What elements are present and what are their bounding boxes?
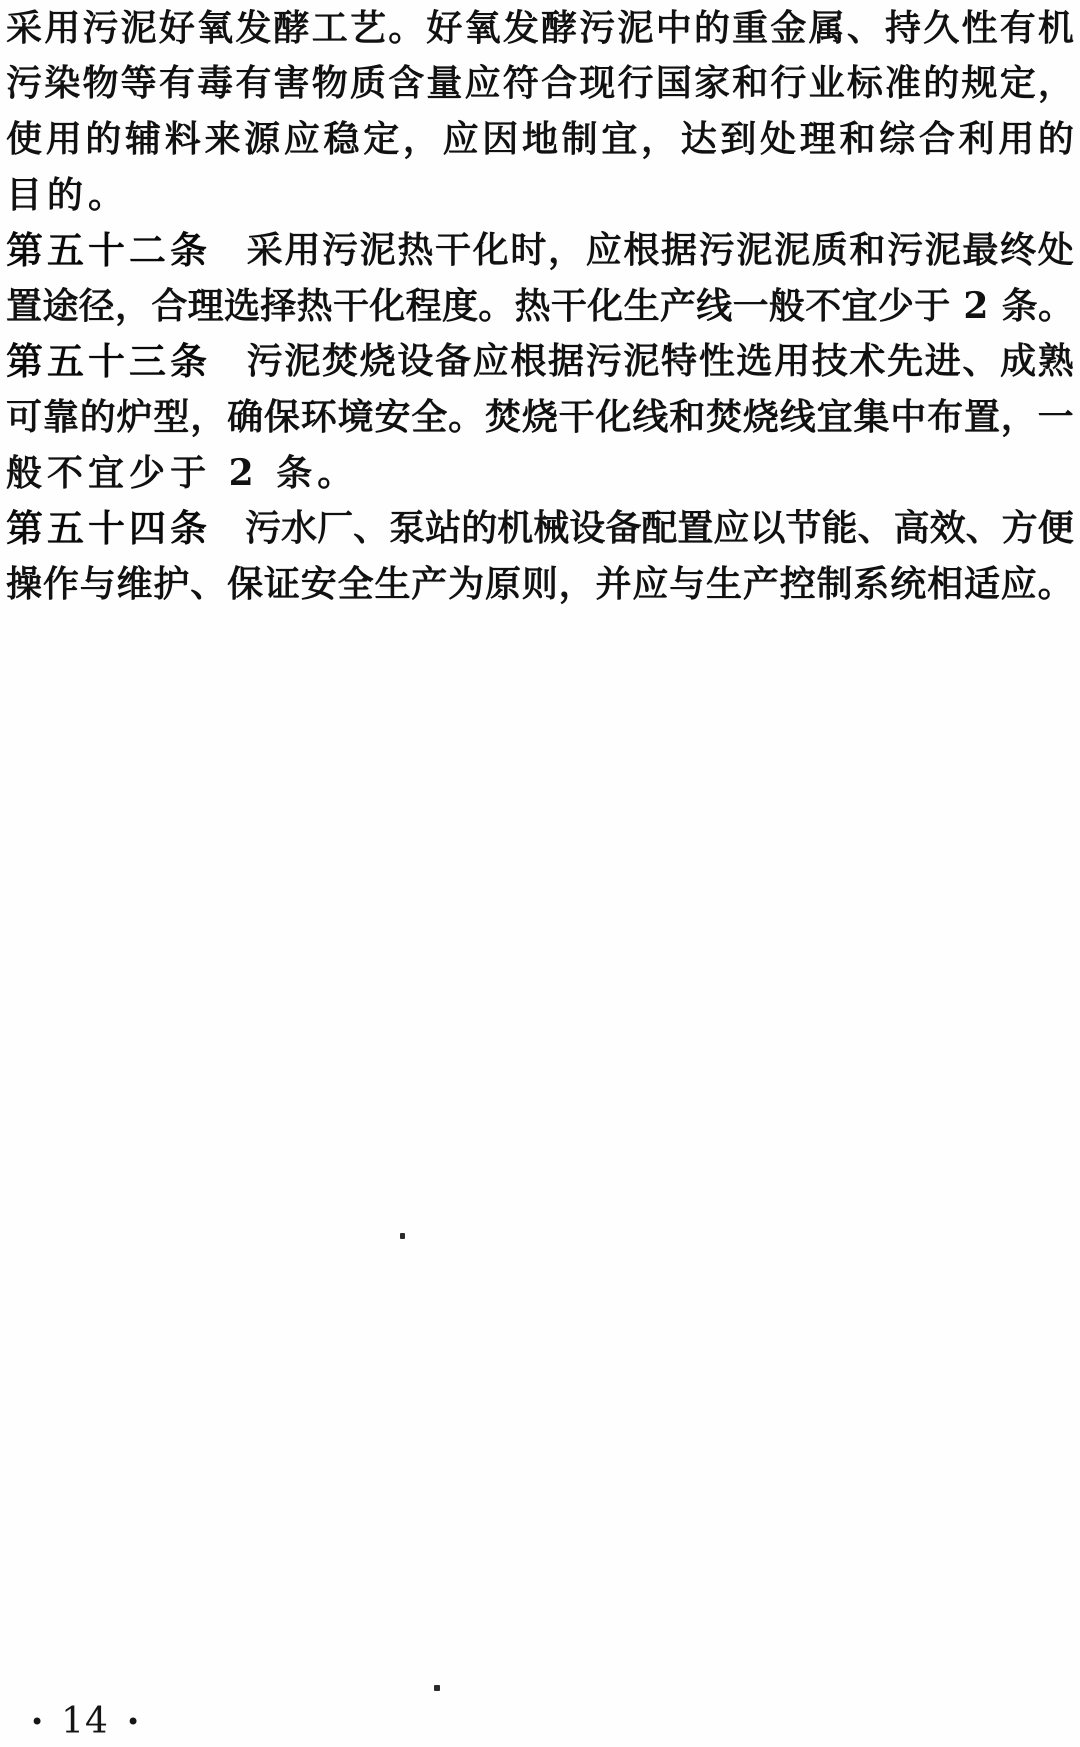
article-number: 第五十三条 <box>6 343 211 380</box>
text-char: 条 <box>1002 288 1038 324</box>
text-char: 综 <box>879 121 915 157</box>
text-char: 适 <box>964 566 1000 602</box>
text-char: 。 <box>448 399 484 435</box>
text-char: 、 <box>190 566 226 602</box>
text-char: 的 <box>1038 121 1074 157</box>
text-char: 重 <box>732 10 768 46</box>
text-char: 站 <box>425 510 461 546</box>
page-footer: • 14 • <box>30 1700 140 1744</box>
text-line: 污染物等有毒有害物质含量应符合现行国家和行业标准的规定， <box>6 56 1074 112</box>
text-char: 性 <box>699 343 735 379</box>
text-char: 和 <box>839 121 875 157</box>
text-char: 控 <box>780 566 816 602</box>
text-char: 设 <box>569 510 605 546</box>
text-char: 定 <box>1000 65 1036 101</box>
body-text: 采用污泥好氧发酵工艺。好氧发酵污泥中的重金属、持久性有机污染物等有毒有害物质含量… <box>0 0 1080 612</box>
text-line: 第五十二条采用污泥热干化时，应根据污泥泥质和污泥最终处 <box>6 222 1074 278</box>
text-char: 境 <box>338 399 374 435</box>
text-char: 的 <box>47 177 83 213</box>
text-char: 环 <box>301 399 337 435</box>
footer-bullet-right: • <box>126 1710 140 1734</box>
text-char: 工 <box>312 10 348 46</box>
text-char: 含 <box>388 65 424 101</box>
text-char: 有 <box>235 65 271 101</box>
text-char: 的 <box>923 65 959 101</box>
text-char: 不 <box>805 288 841 324</box>
text-char: 宜 <box>842 288 878 324</box>
text-char: 烧 <box>522 399 558 435</box>
text-char: 宜 <box>817 399 853 435</box>
text-char: 线 <box>696 288 732 324</box>
text-char: 系 <box>853 566 889 602</box>
text-char: 与 <box>669 566 705 602</box>
text-char: 产 <box>743 566 779 602</box>
text-char: 行 <box>770 65 806 101</box>
text-char: 辅 <box>125 121 161 157</box>
text-char: 维 <box>117 566 153 602</box>
text-char: 成 <box>1000 343 1036 379</box>
text-char: 合 <box>541 65 577 101</box>
text-char: 泵 <box>389 510 425 546</box>
text-char: 并 <box>596 566 632 602</box>
text-char: 应 <box>465 65 501 101</box>
text-char: 、 <box>858 510 894 546</box>
text-char: 应 <box>284 121 320 157</box>
text-char: 金 <box>770 10 806 46</box>
text-char: 因 <box>482 121 518 157</box>
text-char: 热 <box>515 288 551 324</box>
text-char: 线 <box>632 399 668 435</box>
text-char: 久 <box>923 10 959 46</box>
text-char: 生 <box>624 288 660 324</box>
text-char: 污 <box>699 232 735 268</box>
text-char: 物 <box>82 65 118 101</box>
text-char: 利 <box>959 121 995 157</box>
text-char: 与 <box>80 566 116 602</box>
text-char: 热 <box>397 232 433 268</box>
text-char: 进 <box>925 343 961 379</box>
text-char: 来 <box>204 121 240 157</box>
text-char: ， <box>548 232 584 268</box>
text-char <box>989 288 1002 324</box>
text-char: 械 <box>533 510 569 546</box>
text-char: 应 <box>713 510 749 546</box>
text-char: 量 <box>426 65 462 101</box>
text-char: 备 <box>605 510 641 546</box>
text-char: 使 <box>6 121 42 157</box>
text-char: 最 <box>962 232 998 268</box>
ink-speck <box>400 1233 405 1239</box>
text-char: 选 <box>736 343 772 379</box>
text-char: 据 <box>548 343 584 379</box>
text-char: 以 <box>749 510 785 546</box>
text-char: 泥 <box>360 232 396 268</box>
text-char: 统 <box>890 566 926 602</box>
text-char: 标 <box>847 65 883 101</box>
text-char: 和 <box>732 65 768 101</box>
text-char: 靠 <box>43 399 79 435</box>
text-char: 少 <box>129 455 165 491</box>
text-char: 焚 <box>485 399 521 435</box>
text-char: 毒 <box>197 65 233 101</box>
text-char: 采 <box>247 232 283 268</box>
text-char: ， <box>641 121 677 157</box>
text-char: 好 <box>159 10 195 46</box>
text-char: 家 <box>694 65 730 101</box>
text-char: 的 <box>694 10 730 46</box>
text-char: 氧 <box>465 10 501 46</box>
text-char: ， <box>1038 65 1074 101</box>
text-char: 。 <box>317 455 353 491</box>
text-char: 属 <box>809 10 845 46</box>
text-char: 产 <box>660 288 696 324</box>
text-char: 先 <box>887 343 923 379</box>
text-char: 宜 <box>601 121 637 157</box>
text-char: 处 <box>760 121 796 157</box>
text-char: 线 <box>780 399 816 435</box>
text-char: 焚 <box>322 343 358 379</box>
text-char: 现 <box>579 65 615 101</box>
text-char: 中 <box>656 10 692 46</box>
text-char: 般 <box>769 288 805 324</box>
text-char: 应 <box>586 232 622 268</box>
text-char: 据 <box>661 232 697 268</box>
text-char: 方 <box>1002 510 1038 546</box>
text-char: 原 <box>485 566 521 602</box>
text-char: 有 <box>159 65 195 101</box>
text-line: 使用的辅料来源应稳定，应因地制宜，达到处理和综合利用的 <box>6 111 1074 167</box>
text-char: ， <box>190 399 226 435</box>
text-line: 第五十四条污水厂、泵站的机械设备配置应以节能、高效、方便 <box>6 500 1074 556</box>
text-char: 中 <box>890 399 926 435</box>
text-char: 于 <box>914 288 950 324</box>
text-char: 。 <box>478 288 514 324</box>
text-char: ， <box>403 121 439 157</box>
text-char: 地 <box>522 121 558 157</box>
text-char: 烧 <box>743 399 779 435</box>
text-char: 用 <box>284 232 320 268</box>
text-char: 水 <box>281 510 317 546</box>
text-char: 般 <box>6 455 42 491</box>
text-char: 污 <box>6 65 42 101</box>
text-char: 少 <box>878 288 914 324</box>
text-char: 有 <box>1000 10 1036 46</box>
text-char: 熟 <box>1038 343 1074 379</box>
page-number: 14 <box>61 1704 109 1740</box>
text-char: 等 <box>121 65 157 101</box>
text-char: 染 <box>44 65 80 101</box>
text-char: 。 <box>1038 566 1074 602</box>
text-char: 布 <box>927 399 963 435</box>
text-char: 泥 <box>774 232 810 268</box>
text-char: 能 <box>822 510 858 546</box>
text-char: 污 <box>887 232 923 268</box>
text-char: 厂 <box>317 510 353 546</box>
text-char: 干 <box>559 399 595 435</box>
text-char: 。 <box>1038 288 1074 324</box>
text-char: 效 <box>930 510 966 546</box>
text-char: 、 <box>966 510 1002 546</box>
text-char: 2 <box>963 288 988 324</box>
text-char: 质 <box>812 232 848 268</box>
text-char: 干 <box>435 232 471 268</box>
text-char: 好 <box>426 10 462 46</box>
text-char: 择 <box>260 288 296 324</box>
text-line: 置途径，合理选择热干化程度。热干化生产线一般不宜少于 2 条。 <box>6 278 1074 334</box>
text-char: 全 <box>338 566 374 602</box>
text-char: 料 <box>165 121 201 157</box>
text-char: 时 <box>510 232 546 268</box>
text-char: 焚 <box>706 399 742 435</box>
text-char: 。 <box>88 177 124 213</box>
text-char: 为 <box>448 566 484 602</box>
text-char: 污 <box>245 510 281 546</box>
text-char: 行 <box>618 65 654 101</box>
text-char: 干 <box>333 288 369 324</box>
text-char: 置 <box>677 510 713 546</box>
text-char: 机 <box>497 510 533 546</box>
text-char: 艺 <box>350 10 386 46</box>
text-char: 安 <box>301 566 337 602</box>
text-char: 合 <box>919 121 955 157</box>
text-char: 和 <box>669 399 705 435</box>
text-char: 宜 <box>88 455 124 491</box>
text-char: 、 <box>353 510 389 546</box>
text-char: 污 <box>322 232 358 268</box>
text-char: 于 <box>170 455 206 491</box>
text-char: 符 <box>503 65 539 101</box>
footer-bullet-left: • <box>30 1710 44 1734</box>
text-char: 泥 <box>736 232 772 268</box>
text-char: 处 <box>1038 232 1074 268</box>
text-char: 可 <box>6 399 42 435</box>
text-char: 的 <box>461 510 497 546</box>
text-line: 般不宜少于 2 条。 <box>6 445 1074 501</box>
text-char: 准 <box>885 65 921 101</box>
text-char: 定 <box>363 121 399 157</box>
text-char: 高 <box>894 510 930 546</box>
text-char: 选 <box>224 288 260 324</box>
text-char: 技 <box>812 343 848 379</box>
text-char: 应 <box>473 343 509 379</box>
text-char: 到 <box>720 121 756 157</box>
text-char: 集 <box>853 399 889 435</box>
text-char: 则 <box>522 566 558 602</box>
text-char: 炉 <box>117 399 153 435</box>
text-char: 理 <box>800 121 836 157</box>
text-char: 根 <box>510 343 546 379</box>
text-line: 目的。 <box>6 167 1074 223</box>
text-char: 护 <box>153 566 189 602</box>
text-char: 和 <box>849 232 885 268</box>
text-char: 特 <box>661 343 697 379</box>
text-char: 程 <box>406 288 442 324</box>
text-char: 置 <box>964 399 1000 435</box>
text-char: 度 <box>442 288 478 324</box>
text-char: 证 <box>264 566 300 602</box>
text-char: 干 <box>551 288 587 324</box>
text-char: 用 <box>44 10 80 46</box>
text-char: 保 <box>264 399 300 435</box>
text-char: 2 <box>229 455 254 491</box>
text-char: 酵 <box>274 10 310 46</box>
text-char: 合 <box>151 288 187 324</box>
text-char: 作 <box>43 566 79 602</box>
text-char: 持 <box>885 10 921 46</box>
text-char: 污 <box>586 343 622 379</box>
text-char: 的 <box>85 121 121 157</box>
text-char: 泥 <box>121 10 157 46</box>
text-char: 污 <box>579 10 615 46</box>
text-line: 采用污泥好氧发酵工艺。好氧发酵污泥中的重金属、持久性有机 <box>6 0 1074 56</box>
text-char: 达 <box>681 121 717 157</box>
text-char: 条 <box>276 455 312 491</box>
text-char: ， <box>1001 399 1037 435</box>
text-char: 用 <box>998 121 1034 157</box>
text-char: 途 <box>42 288 78 324</box>
text-char: 全 <box>411 399 447 435</box>
text-char: 相 <box>927 566 963 602</box>
text-char: 泥 <box>925 232 961 268</box>
text-char: 型 <box>153 399 189 435</box>
text-char: 化 <box>369 288 405 324</box>
text-char: 。 <box>388 10 424 46</box>
text-char: ， <box>559 566 595 602</box>
text-char: 化 <box>596 399 632 435</box>
text-char: 质 <box>350 65 386 101</box>
text-char: 害 <box>274 65 310 101</box>
text-char: 采 <box>6 10 42 46</box>
text-char <box>211 455 224 491</box>
text-char: 业 <box>809 65 845 101</box>
text-char: 不 <box>47 455 83 491</box>
text-char: 一 <box>733 288 769 324</box>
text-char: 目 <box>6 177 42 213</box>
text-char: 、 <box>847 10 883 46</box>
text-char: 稳 <box>324 121 360 157</box>
text-char: 泥 <box>623 343 659 379</box>
text-char: 应 <box>632 566 668 602</box>
text-char: 热 <box>297 288 333 324</box>
text-char: 烧 <box>360 343 396 379</box>
text-char: 污 <box>247 343 283 379</box>
text-char: 备 <box>435 343 471 379</box>
text-char: 配 <box>641 510 677 546</box>
text-char: 术 <box>849 343 885 379</box>
text-char: 节 <box>785 510 821 546</box>
text-char: 规 <box>961 65 997 101</box>
text-char: 理 <box>188 288 224 324</box>
text-char: 用 <box>774 343 810 379</box>
text-char: 操 <box>6 566 42 602</box>
text-char <box>951 288 964 324</box>
text-char: 性 <box>961 10 997 46</box>
text-char: 酵 <box>541 10 577 46</box>
text-char <box>259 455 272 491</box>
text-line: 第五十三条污泥焚烧设备应根据污泥特性选用技术先进、成熟 <box>6 334 1074 390</box>
article-number: 第五十四条 <box>6 510 211 547</box>
text-char: 机 <box>1038 10 1074 46</box>
ink-speck <box>434 1685 440 1691</box>
text-char: 的 <box>80 399 116 435</box>
text-char: 终 <box>1000 232 1036 268</box>
text-char: 发 <box>503 10 539 46</box>
text-line: 可靠的炉型，确保环境安全。焚烧干化线和焚烧线宜集中布置，一 <box>6 389 1074 445</box>
text-char: 安 <box>374 399 410 435</box>
text-char: 泥 <box>618 10 654 46</box>
text-char: 氧 <box>197 10 233 46</box>
text-char: 源 <box>244 121 280 157</box>
text-char: 生 <box>706 566 742 602</box>
text-char: 便 <box>1038 510 1074 546</box>
text-char: 保 <box>227 566 263 602</box>
document-page: 采用污泥好氧发酵工艺。好氧发酵污泥中的重金属、持久性有机污染物等有毒有害物质含量… <box>0 0 1080 1747</box>
text-char: 化 <box>473 232 509 268</box>
text-char: 应 <box>443 121 479 157</box>
text-char: 国 <box>656 65 692 101</box>
text-char: 径 <box>79 288 115 324</box>
text-char: 污 <box>82 10 118 46</box>
text-char: 泥 <box>284 343 320 379</box>
article-number: 第五十二条 <box>6 232 211 269</box>
text-char: 设 <box>397 343 433 379</box>
text-char: 产 <box>411 566 447 602</box>
text-char: 发 <box>235 10 271 46</box>
text-char: 用 <box>46 121 82 157</box>
text-char: 根 <box>623 232 659 268</box>
text-char: 一 <box>1038 399 1074 435</box>
text-char: 制 <box>562 121 598 157</box>
text-char: 应 <box>1001 566 1037 602</box>
text-char: 置 <box>6 288 42 324</box>
text-char: ， <box>115 288 151 324</box>
text-line: 操作与维护、保证安全生产为原则，并应与生产控制系统相适应。 <box>6 556 1074 612</box>
text-char: 确 <box>227 399 263 435</box>
text-char: 生 <box>374 566 410 602</box>
text-char: 制 <box>817 566 853 602</box>
text-char: 化 <box>587 288 623 324</box>
text-char: 、 <box>962 343 998 379</box>
text-char: 物 <box>312 65 348 101</box>
